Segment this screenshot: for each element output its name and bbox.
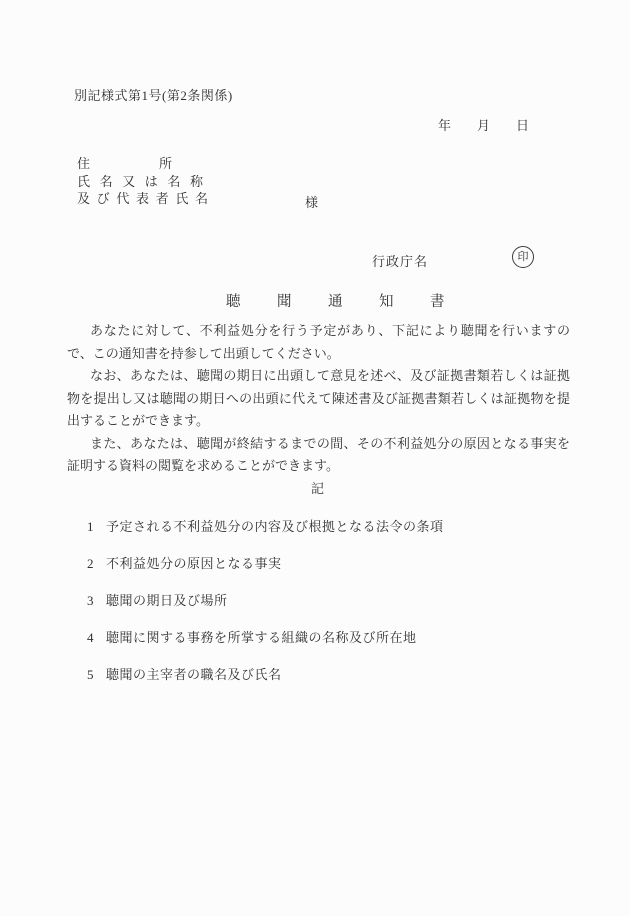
recipient-name-label: 氏 名 又 は 名 称 (77, 173, 203, 191)
list-item: 5 聴聞の主宰者の職名及び氏名 (87, 664, 444, 687)
list-item: 2 不利益処分の原因となる事実 (87, 553, 444, 576)
item-number: 1 (87, 516, 106, 539)
recipient-honorific: 様 (305, 192, 318, 211)
item-list: 1 予定される不利益処分の内容及び根拠となる法令の条項 2 不利益処分の原因とな… (87, 516, 444, 701)
section-marker: 記 (311, 478, 324, 497)
date-day-label: 日 (516, 115, 529, 134)
item-text: 聴聞に関する事務を所掌する組織の名称及び所在地 (106, 627, 417, 650)
date-line: 年 月 日 (438, 115, 529, 134)
form-number: 別記様式第1号(第2条関係) (74, 85, 233, 104)
list-item: 4 聴聞に関する事務を所掌する組織の名称及び所在地 (87, 627, 444, 650)
issuing-agency-label: 行政庁名 (372, 251, 428, 270)
recipient-block: 住 所 氏 名 又 は 名 称 及 び 代 表 者 氏 名 (77, 155, 208, 208)
paragraph-intro: あなたに対して、不利益処分を行う予定があり、下記により聴聞を行いますので、この通… (67, 320, 570, 365)
item-number: 3 (87, 590, 106, 613)
item-text: 聴聞の主宰者の職名及び氏名 (106, 664, 282, 687)
item-text: 不利益処分の原因となる事実 (106, 553, 282, 576)
seal-character: 印 (518, 252, 529, 263)
item-number: 4 (87, 627, 106, 650)
item-text: 予定される不利益処分の内容及び根拠となる法令の条項 (106, 516, 444, 539)
seal-stamp-icon: 印 (512, 246, 534, 268)
list-item: 3 聴聞の期日及び場所 (87, 590, 444, 613)
date-month-label: 月 (477, 115, 490, 134)
body-text: あなたに対して、不利益処分を行う予定があり、下記により聴聞を行いますので、この通… (67, 320, 570, 478)
list-item: 1 予定される不利益処分の内容及び根拠となる法令の条項 (87, 516, 444, 539)
date-year-label: 年 (438, 115, 451, 134)
recipient-representative-label: 及 び 代 表 者 氏 名 (77, 190, 208, 208)
item-number: 2 (87, 553, 106, 576)
document-title: 聴聞通知書 (226, 290, 481, 311)
hearing-notice-document: 別記様式第1号(第2条関係) 年 月 日 住 所 氏 名 又 は 名 称 及 び… (0, 0, 630, 916)
item-text: 聴聞の期日及び場所 (106, 590, 228, 613)
paragraph-inspection-rights: また、あなたは、聴聞が終結するまでの間、その不利益処分の原因となる事実を証明する… (67, 433, 570, 478)
recipient-address-label: 住 所 (77, 155, 172, 173)
paragraph-evidence-rights: なお、あなたは、聴聞の期日に出頭して意見を述べ、及び証拠書類若しくは証拠物を提出… (67, 365, 570, 433)
item-number: 5 (87, 664, 106, 687)
